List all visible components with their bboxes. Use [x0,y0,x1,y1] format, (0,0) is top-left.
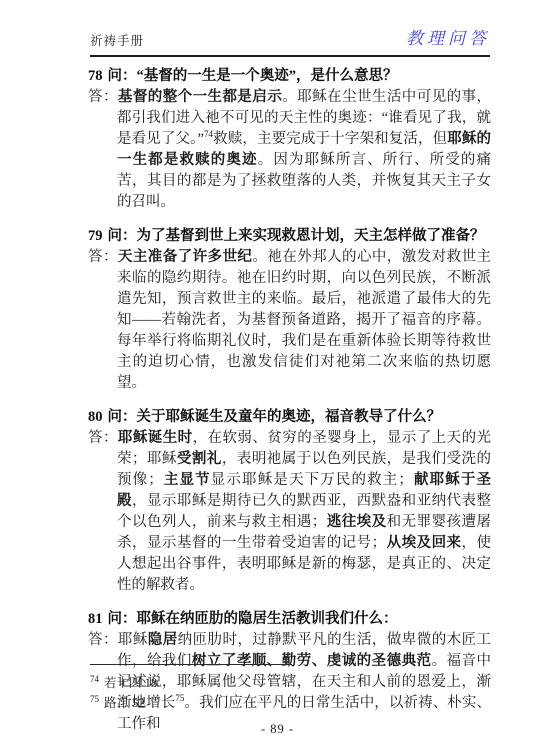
footnote-marker: 74 [90,674,99,684]
question-number: 81 [88,611,103,627]
answer-label: 答： [88,89,118,105]
question-line: 79问：为了基督到世上来实现救恩计划，天主怎样做了准备？ [88,226,491,247]
answer-text: 耶稣隐居纳匝肋时，过静默平凡的生活，做卑微的木匠工作，给我们树立了孝顺、勤劳、虔… [117,632,491,732]
emphasized-text: 耶稣诞生时 [118,430,193,446]
answer-text: 基督的整个一生都是启示。耶稣在尘世生活中可见的事，都引我们进入祂不可见的天主性的… [117,89,491,210]
qa-block-79: 79问：为了基督到世上来实现救恩计划，天主怎样做了准备？ 答：天主准备了许多世纪… [88,226,491,394]
qa-content: 78问：“基督的一生是一个奥迹”，是什么意思？ 答：基督的整个一生都是启示。耶稣… [88,66,491,735]
emphasized-text: 天主准备了许多世纪 [118,249,252,265]
body-text: 。祂在外邦人的心中，激发对救世主来临的隐约期待。祂在旧约时期，向以色列民族，不断… [117,249,491,391]
emphasized-text: 逃往埃及 [326,514,386,530]
emphasized-text: 基督的整个一生都是启示 [118,89,282,105]
answer-text: 耶稣诞生时，在软弱、贫穷的圣婴身上，显示了上天的光荣；耶稣受割礼，表明祂属于以色… [117,430,491,593]
body-text: 救赎，主要完成于十字架和复活，但 [213,131,447,147]
emphasized-text: 隐居 [148,632,178,648]
page-number: - 89 - [0,722,555,737]
emphasized-text: 树立了孝顺、勤劳、虔诚的圣德典范 [192,653,432,669]
footnote-divider [90,664,292,665]
answer-label: 答： [88,430,118,446]
question-text: “基督的一生是一个奥迹”，是什么意思？ [137,68,398,84]
qa-block-80: 80问：关于耶稣诞生及童年的奥迹，福音教导了什么？ 答：耶稣诞生时，在软弱、贫穷… [88,407,491,596]
answer-label: 答： [88,632,118,648]
footnote-marker: 75 [90,694,99,704]
question-label: 问： [108,228,137,244]
question-label: 问： [108,68,137,84]
answer-paragraph: 答：耶稣诞生时，在软弱、贫穷的圣婴身上，显示了上天的光荣；耶稣受割礼，表明祂属于… [88,428,491,596]
footnote-item: 74若十四 18 [90,672,157,692]
answer-paragraph: 答：基督的整个一生都是启示。耶稣在尘世生活中可见的事，都引我们进入祂不可见的天主… [88,87,491,213]
footnote-list: 74若十四 18 75路二 52 [90,672,157,711]
footnote-text: 若十四 18 [104,676,157,690]
question-line: 78问：“基督的一生是一个奥迹”，是什么意思？ [88,66,491,87]
document-page: 祈祷手册 教理问答 78问：“基督的一生是一个奥迹”，是什么意思？ 答：基督的整… [0,0,555,752]
answer-label: 答： [88,249,118,265]
body-text: 耶稣 [118,632,148,648]
emphasized-text: 从埃及回来 [386,535,461,551]
emphasized-text: 主显节 [163,472,211,488]
footnote-text: 路二 52 [104,696,145,710]
question-label: 问： [108,409,137,425]
question-number: 79 [88,228,103,244]
question-text: 耶稣在纳匝肋的隐居生活教训我们什么： [137,611,398,627]
question-line: 81问：耶稣在纳匝肋的隐居生活教训我们什么： [88,609,491,630]
qa-block-78: 78问：“基督的一生是一个奥迹”，是什么意思？ 答：基督的整个一生都是启示。耶稣… [88,66,491,213]
footnote-item: 75路二 52 [90,692,157,712]
question-label: 问： [108,611,137,627]
question-number: 78 [88,68,103,84]
answer-text: 天主准备了许多世纪。祂在外邦人的心中，激发对救世主来临的隐约期待。祂在旧约时期，… [117,249,491,391]
question-text: 为了基督到世上来实现救恩计划，天主怎样做了准备？ [137,228,485,244]
answer-paragraph: 答：天主准备了许多世纪。祂在外邦人的心中，激发对救世主来临的隐约期待。祂在旧约时… [88,247,491,394]
footnote-ref: 74 [204,129,213,139]
page-header: 祈祷手册 教理问答 [90,24,490,57]
question-text: 关于耶稣诞生及童年的奥迹，福音教导了什么？ [137,409,442,425]
section-title: 教理问答 [406,24,490,49]
emphasized-text: 受割礼 [177,451,222,467]
manual-title: 祈祷手册 [90,31,144,49]
body-text: 显示耶稣是天下万民的救主； [211,472,413,488]
question-line: 80问：关于耶稣诞生及童年的奥迹，福音教导了什么？ [88,407,491,428]
question-number: 80 [88,409,103,425]
